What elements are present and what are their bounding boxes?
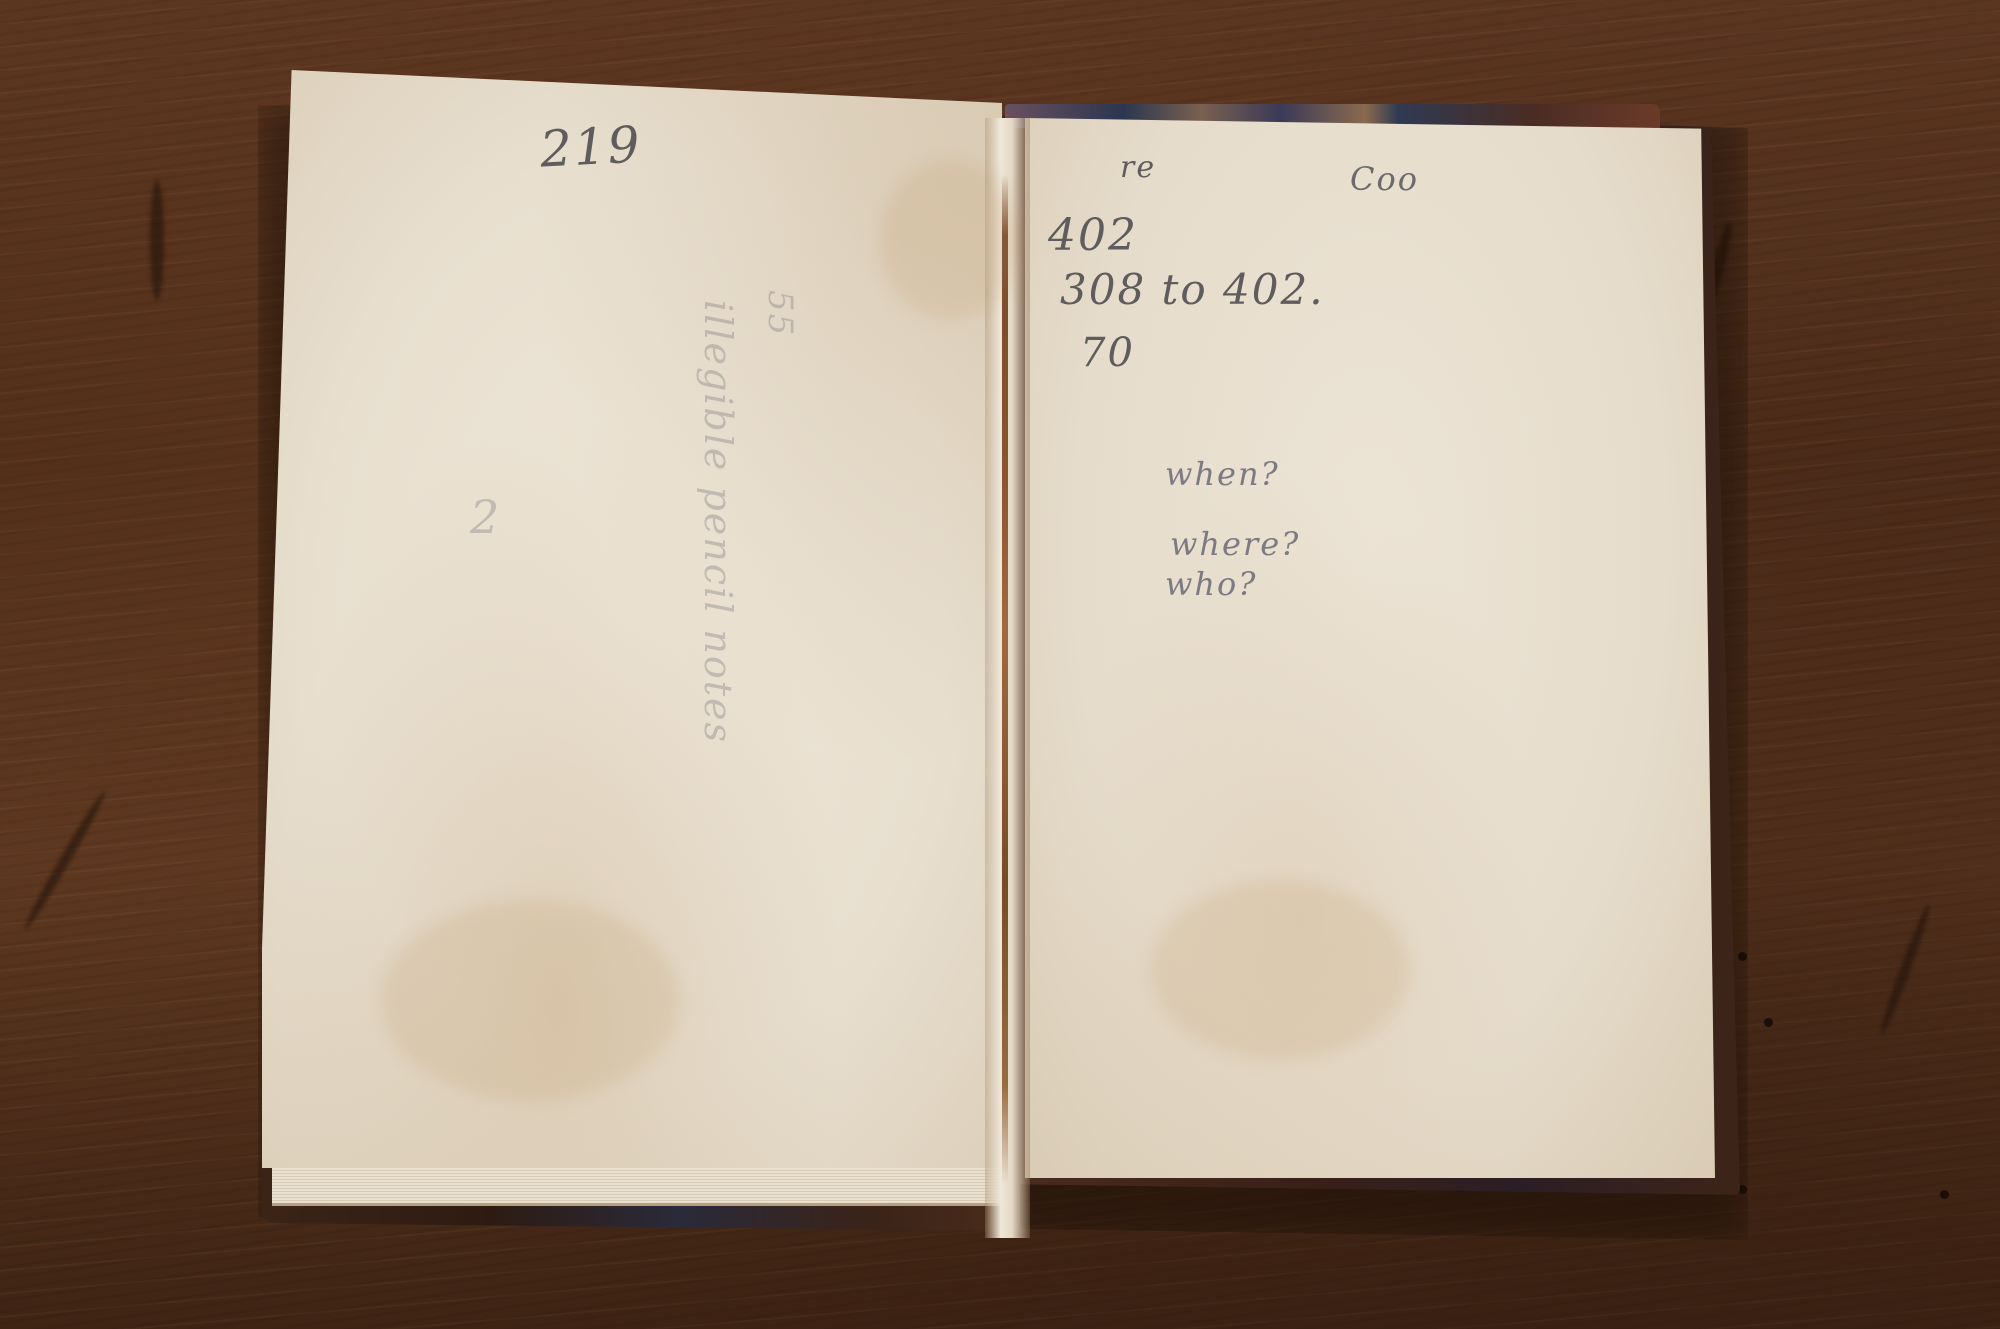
foxing-stain (880, 160, 1020, 320)
foxing-stain (380, 900, 680, 1100)
open-book: 219 illegible pencil notes 55 2 re Coo 4… (0, 0, 2000, 1329)
annotation-question-where: where? (1170, 525, 1300, 563)
faint-note: 2 (470, 490, 501, 544)
annotation-line-70: 70 (1080, 330, 1135, 376)
annotation-page-number: 219 (539, 115, 643, 178)
faint-rotated-note: illegible pencil notes (696, 300, 740, 744)
gutter-tear (1002, 175, 1008, 1185)
annotation-question-who: who? (1165, 565, 1257, 603)
annotation-top-right-mark: Coo (1350, 160, 1419, 198)
page-block-edge (272, 1165, 1002, 1206)
annotation-top-mark: re (1120, 150, 1156, 185)
annotation-range: 308 to 402. (1060, 265, 1325, 314)
annotation-line-402: 402 (1048, 210, 1138, 261)
faint-rotated-note: 55 (760, 290, 800, 337)
foxing-stain (1150, 880, 1410, 1060)
annotation-question-when: when? (1165, 455, 1280, 493)
